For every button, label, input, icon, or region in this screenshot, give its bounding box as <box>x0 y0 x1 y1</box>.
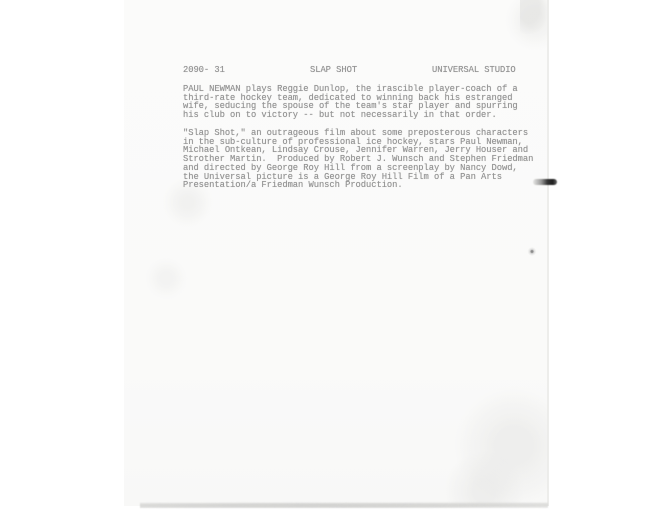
synopsis-paragraph: PAUL NEWMAN plays Reggie Dunlop, the ira… <box>183 85 518 120</box>
pen-mark <box>533 179 557 185</box>
scanned-press-sheet: 2090- 31 SLAP SHOT UNIVERSAL STUDIO PAUL… <box>0 0 672 510</box>
paper-corner-shade <box>520 0 548 34</box>
paper-sheet <box>124 0 548 506</box>
studio-name: UNIVERSAL STUDIO <box>432 66 516 75</box>
dust-speck-icon <box>526 247 538 256</box>
paper-bottom-edge <box>140 502 548 508</box>
film-title: SLAP SHOT <box>310 66 357 75</box>
credits-paragraph: "Slap Shot," an outrageous film about so… <box>183 129 533 190</box>
catalog-number: 2090- 31 <box>183 66 225 75</box>
paper-right-edge <box>547 0 549 506</box>
